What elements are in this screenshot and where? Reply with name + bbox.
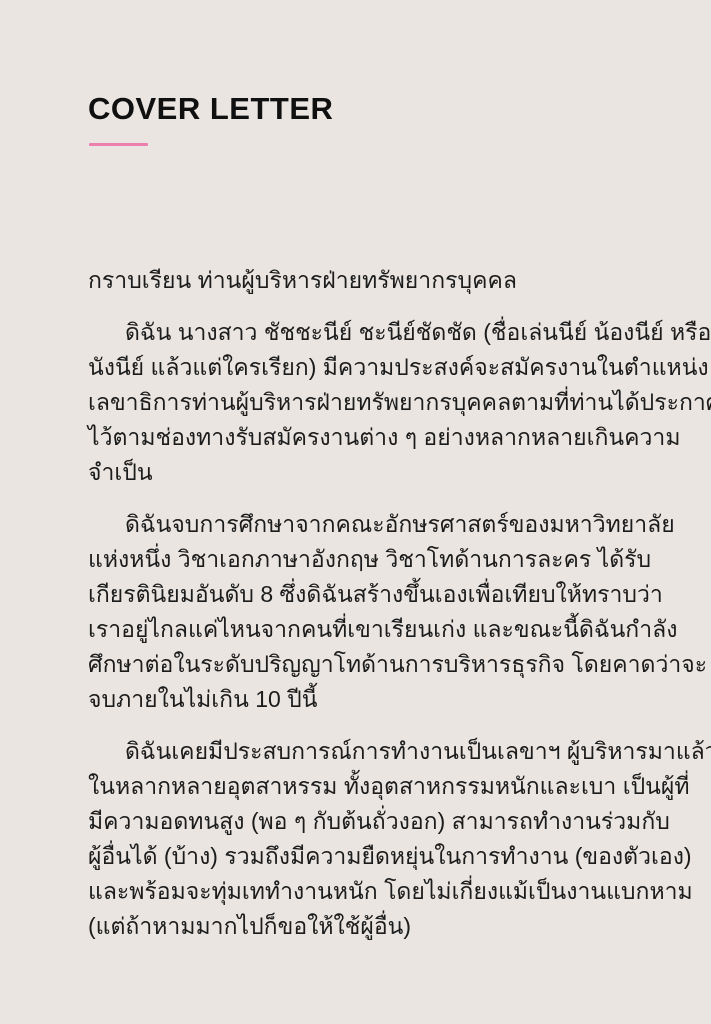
salutation-line: กราบเรียน ท่านผู้บริหารฝ่ายทรัพยากรบุคคล (88, 263, 631, 298)
text-line: นังนีย์ แล้วแต่ใครเรียก) มีความประสงค์จะ… (88, 350, 631, 385)
title-underline-accent (89, 143, 148, 146)
text-line: ศึกษาต่อในระดับปริญญาโทด้านการบริหารธุรก… (88, 647, 631, 682)
text-line: แห่งหนึ่ง วิชาเอกภาษาอังกฤษ วิชาโทด้านกา… (88, 542, 631, 577)
page-title: COVER LETTER (88, 0, 631, 124)
text-line: และพร้อมจะทุ่มเททำงานหนัก โดยไม่เกี่ยงแม… (88, 874, 631, 909)
text-line: ดิฉันเคยมีประสบการณ์การทำงานเป็นเลขาฯ ผู… (88, 734, 631, 769)
text-line: ดิฉัน นางสาว ชัชชะนีย์ ชะนีย์ชัดชัด (ชื่… (88, 315, 631, 350)
text-line: เกียรตินิยมอันดับ 8 ซึ่งดิฉันสร้างขึ้นเอ… (88, 577, 631, 612)
cover-letter-page: COVER LETTER กราบเรียน ท่านผู้บริหารฝ่าย… (0, 0, 711, 1024)
text-line: ผู้อื่นได้ (บ้าง) รวมถึงมีความยืดหยุ่นใน… (88, 839, 631, 874)
paragraph-introduction: ดิฉัน นางสาว ชัชชะนีย์ ชะนีย์ชัดชัด (ชื่… (88, 315, 631, 490)
text-line: ไว้ตามช่องทางรับสมัครงานต่าง ๆ อย่างหลาก… (88, 420, 631, 455)
letter-body: กราบเรียน ท่านผู้บริหารฝ่ายทรัพยากรบุคคล… (88, 263, 631, 944)
text-line: ดิฉันจบการศึกษาจากคณะอักษรศาสตร์ของมหาวิ… (88, 507, 631, 542)
text-line: (แต่ถ้าหามมากไปก็ขอให้ใช้ผู้อื่น) (88, 909, 631, 944)
text-line: เราอยู่ไกลแค่ไหนจากคนที่เขาเรียนเก่ง และ… (88, 612, 631, 647)
text-line: เลขาธิการท่านผู้บริหารฝ่ายทรัพยากรบุคคลต… (88, 385, 631, 420)
text-line: จบภายในไม่เกิน 10 ปีนี้ (88, 682, 631, 717)
paragraph-education: ดิฉันจบการศึกษาจากคณะอักษรศาสตร์ของมหาวิ… (88, 507, 631, 717)
paragraph-experience: ดิฉันเคยมีประสบการณ์การทำงานเป็นเลขาฯ ผู… (88, 734, 631, 944)
text-line: จำเป็น (88, 455, 631, 490)
text-line: ในหลากหลายอุตสาหรรม ทั้งอุตสาหกรรมหนักแล… (88, 769, 631, 804)
text-line: มีความอดทนสูง (พอ ๆ กับต้นถั่วงอก) สามาร… (88, 804, 631, 839)
